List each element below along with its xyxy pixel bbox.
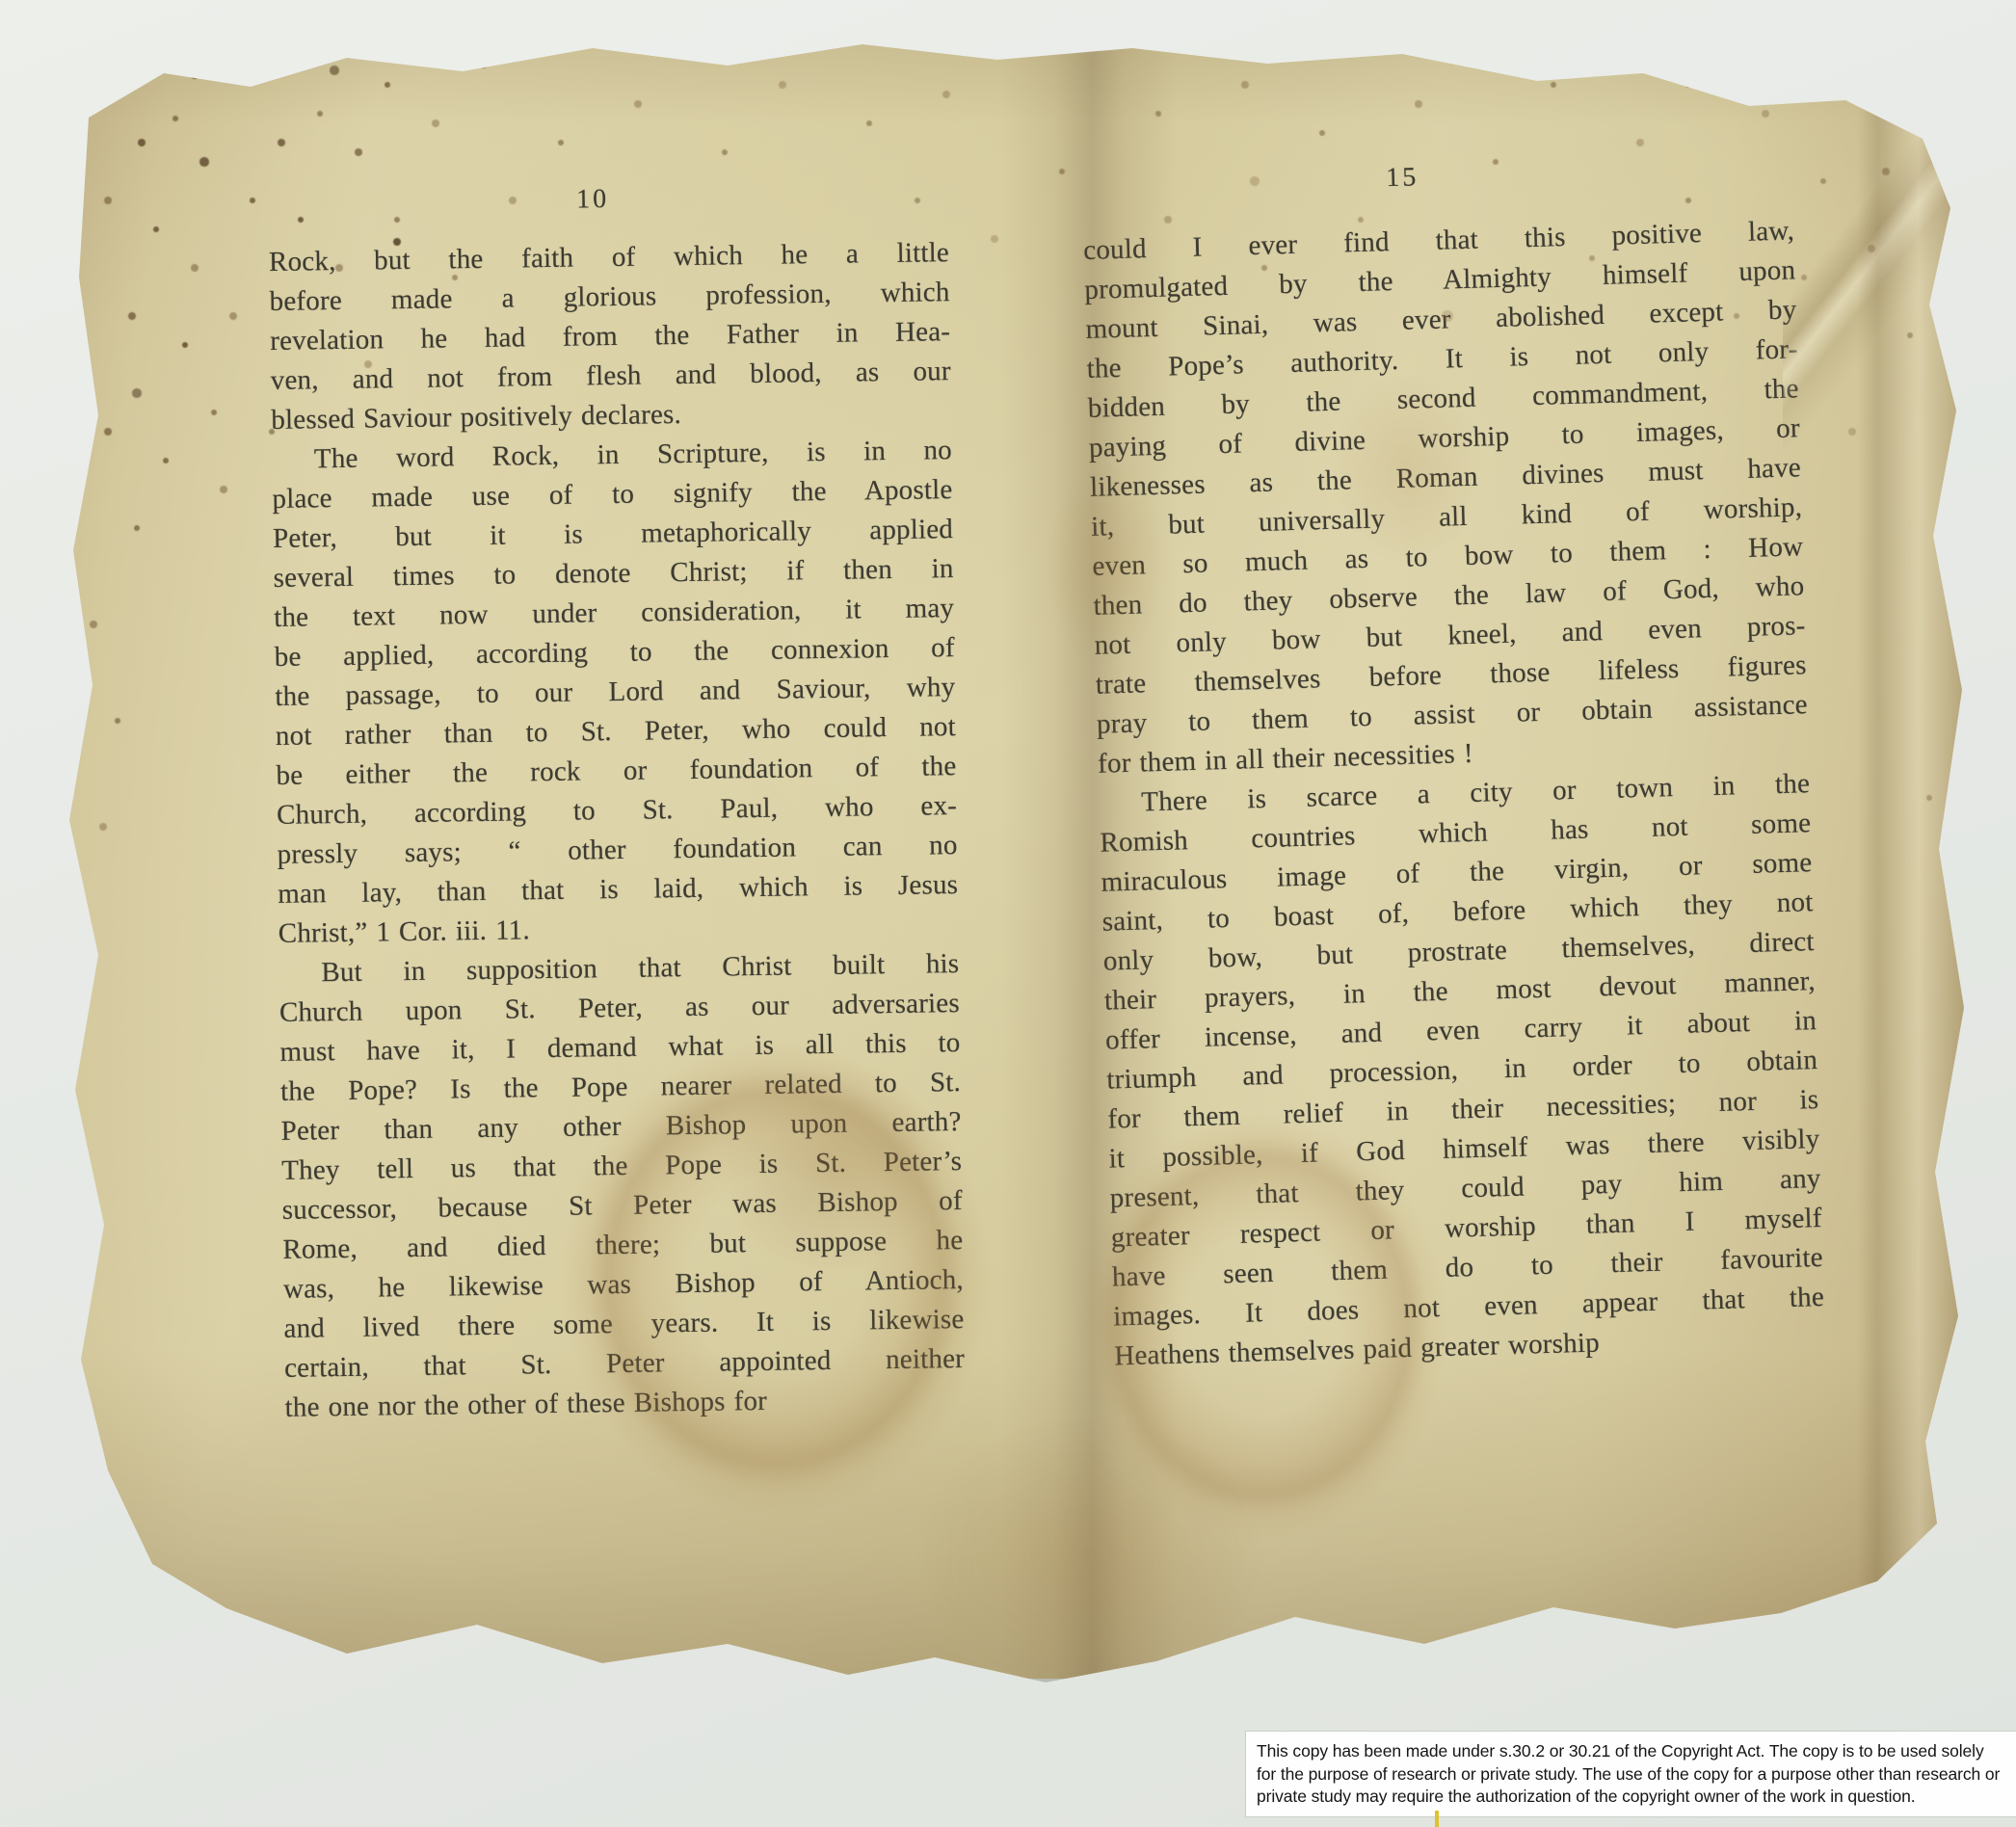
page-15-text-column: could I ever find that this positive law… (1083, 211, 1826, 1376)
paper-spread: 10 Rock, but the faith of which he a lit… (48, 25, 1968, 1679)
foxing-speckles-top-left (48, 25, 52, 29)
copyright-notice-text: This copy has been made under s.30.2 or … (1257, 1740, 2005, 1809)
page-number-right: 15 (1047, 152, 1759, 209)
foxing-speckles-scattered (48, 25, 52, 29)
stain-bottom-center (887, 1393, 1291, 1711)
page-10: 10 Rock, but the faith of which he a lit… (268, 179, 966, 1428)
right-edge-fold (1858, 83, 1968, 1586)
page-number-left: 10 (252, 179, 933, 225)
top-right-crease (1783, 33, 1966, 447)
yellow-scan-artifact (1435, 1811, 1439, 1827)
copyright-notice-box: This copy has been made under s.30.2 or … (1246, 1732, 2016, 1816)
scanned-book-photo: 10 Rock, but the faith of which he a lit… (0, 0, 2016, 1827)
page-10-text-column: Rock, but the faith of which he a little… (269, 233, 966, 1428)
page-15: 15 could I ever find that this positive … (1081, 151, 1826, 1376)
text-line: the one nor the other of these Bishops f… (284, 1379, 966, 1428)
